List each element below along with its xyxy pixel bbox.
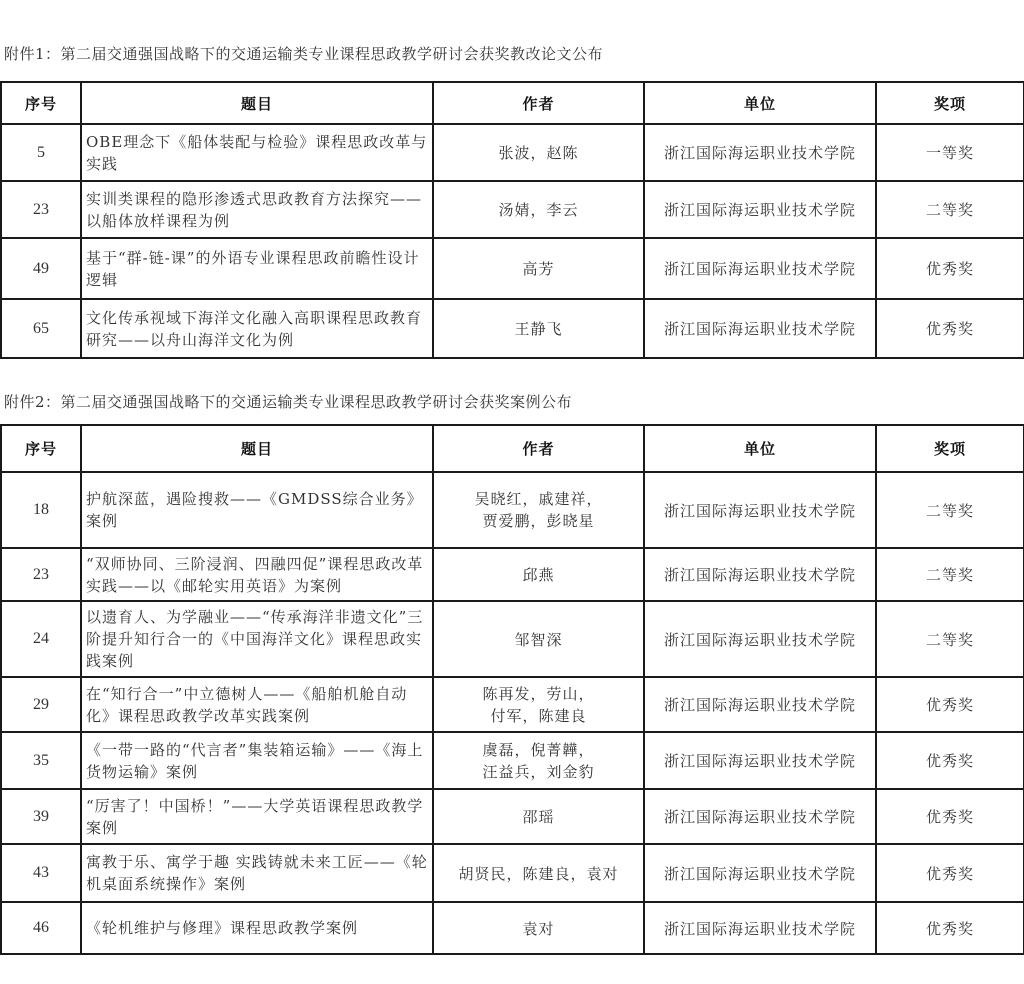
- cell-award: 优秀奖: [876, 902, 1024, 954]
- header-award: 奖项: [876, 425, 1024, 472]
- author-line: 吴晓红，戚建祥，: [438, 488, 639, 510]
- cell-authors: 虞磊，倪菁韡， 汪益兵，刘金豹: [433, 732, 644, 789]
- cell-unit: 浙江国际海运职业技术学院: [644, 124, 876, 181]
- cell-no: 5: [1, 124, 81, 181]
- cell-award: 二等奖: [876, 601, 1024, 677]
- cell-title: OBE理念下《船体装配与检验》课程思政改革与实践: [81, 124, 433, 181]
- header-title: 题目: [81, 425, 433, 472]
- cell-award: 二等奖: [876, 472, 1024, 548]
- author-line: 贾爱鹏，彭晓星: [438, 510, 639, 532]
- cell-award: 优秀奖: [876, 238, 1024, 299]
- table-row: 49 基于“群-链-课”的外语专业课程思政前瞻性设计逻辑 高芳 浙江国际海运职业…: [1, 238, 1024, 299]
- cell-title: 实训类课程的隐形渗透式思政教育方法探究——以船体放样课程为例: [81, 181, 433, 238]
- cell-award: 优秀奖: [876, 789, 1024, 844]
- table-row: 65 文化传承视域下海洋文化融入高职课程思政教育研究——以舟山海洋文化为例 王静…: [1, 299, 1024, 358]
- cell-no: 29: [1, 677, 81, 732]
- cell-unit: 浙江国际海运职业技术学院: [644, 181, 876, 238]
- cell-authors: 邵瑶: [433, 789, 644, 844]
- cell-title: “厉害了！中国桥！”——大学英语课程思政教学案例: [81, 789, 433, 844]
- cell-authors: 高芳: [433, 238, 644, 299]
- table-row: 43 寓教于乐、寓学于趣 实践铸就未来工匠——《轮机桌面系统操作》案例 胡贤民，…: [1, 844, 1024, 902]
- table-row: 18 护航深蓝，遇险搜救——《GMDSS综合业务》案例 吴晓红，戚建祥， 贾爱鹏…: [1, 472, 1024, 548]
- cell-award: 优秀奖: [876, 677, 1024, 732]
- cell-authors: 袁对: [433, 902, 644, 954]
- table-row: 46 《轮机维护与修理》课程思政教学案例 袁对 浙江国际海运职业技术学院 优秀奖: [1, 902, 1024, 954]
- cell-title: 以遗育人、为学融业——“传承海洋非遗文化”三阶提升知行合一的《中国海洋文化》课程…: [81, 601, 433, 677]
- table-row: 35 《一带一路的“代言者”集装箱运输》——《海上货物运输》案例 虞磊，倪菁韡，…: [1, 732, 1024, 789]
- header-no: 序号: [1, 82, 81, 124]
- header-unit: 单位: [644, 82, 876, 124]
- cell-unit: 浙江国际海运职业技术学院: [644, 732, 876, 789]
- author-line: 虞磊，倪菁韡，: [438, 739, 639, 761]
- cell-authors: 张波，赵陈: [433, 124, 644, 181]
- cell-authors: 王静飞: [433, 299, 644, 358]
- cell-award: 二等奖: [876, 548, 1024, 601]
- cell-unit: 浙江国际海运职业技术学院: [644, 472, 876, 548]
- cell-award: 一等奖: [876, 124, 1024, 181]
- table-row: 5 OBE理念下《船体装配与检验》课程思政改革与实践 张波，赵陈 浙江国际海运职…: [1, 124, 1024, 181]
- header-no: 序号: [1, 425, 81, 472]
- cell-title: “双师协同、三阶浸润、四融四促”课程思政改革实践——以《邮轮实用英语》为案例: [81, 548, 433, 601]
- table2-caption: 附件2：第二届交通强国战略下的交通运输类专业课程思政教学研讨会获奖案例公布: [4, 391, 572, 412]
- cell-no: 46: [1, 902, 81, 954]
- cell-no: 23: [1, 548, 81, 601]
- header-author: 作者: [433, 82, 644, 124]
- cell-award: 优秀奖: [876, 732, 1024, 789]
- cell-no: 49: [1, 238, 81, 299]
- cell-title: 《轮机维护与修理》课程思政教学案例: [81, 902, 433, 954]
- cell-unit: 浙江国际海运职业技术学院: [644, 299, 876, 358]
- cell-authors: 吴晓红，戚建祥， 贾爱鹏，彭晓星: [433, 472, 644, 548]
- cell-authors: 陈再发，劳山， 付军，陈建良: [433, 677, 644, 732]
- cell-unit: 浙江国际海运职业技术学院: [644, 844, 876, 902]
- table-row: 29 在“知行合一”中立德树人——《船舶机舱自动化》课程思政教学改革实践案例 陈…: [1, 677, 1024, 732]
- table-row: 24 以遗育人、为学融业——“传承海洋非遗文化”三阶提升知行合一的《中国海洋文化…: [1, 601, 1024, 677]
- cell-no: 24: [1, 601, 81, 677]
- cell-authors: 邱燕: [433, 548, 644, 601]
- cell-award: 优秀奖: [876, 299, 1024, 358]
- cell-title: 在“知行合一”中立德树人——《船舶机舱自动化》课程思政教学改革实践案例: [81, 677, 433, 732]
- table1-caption: 附件1：第二届交通强国战略下的交通运输类专业课程思政教学研讨会获奖教改论文公布: [4, 43, 603, 64]
- cell-unit: 浙江国际海运职业技术学院: [644, 789, 876, 844]
- cell-authors: 邹智深: [433, 601, 644, 677]
- table-row: 23 “双师协同、三阶浸润、四融四促”课程思政改革实践——以《邮轮实用英语》为案…: [1, 548, 1024, 601]
- cell-authors: 胡贤民，陈建良，袁对: [433, 844, 644, 902]
- cell-title: 文化传承视域下海洋文化融入高职课程思政教育研究——以舟山海洋文化为例: [81, 299, 433, 358]
- table-header-row: 序号 题目 作者 单位 奖项: [1, 82, 1024, 124]
- table-row: 39 “厉害了！中国桥！”——大学英语课程思政教学案例 邵瑶 浙江国际海运职业技…: [1, 789, 1024, 844]
- cell-unit: 浙江国际海运职业技术学院: [644, 677, 876, 732]
- author-line: 陈再发，劳山，: [438, 683, 639, 705]
- cell-unit: 浙江国际海运职业技术学院: [644, 548, 876, 601]
- cell-no: 18: [1, 472, 81, 548]
- author-line: 付军，陈建良: [438, 705, 639, 727]
- header-unit: 单位: [644, 425, 876, 472]
- cell-title: 基于“群-链-课”的外语专业课程思政前瞻性设计逻辑: [81, 238, 433, 299]
- table-row: 23 实训类课程的隐形渗透式思政教育方法探究——以船体放样课程为例 汤婧，李云 …: [1, 181, 1024, 238]
- cell-no: 65: [1, 299, 81, 358]
- cell-award: 优秀奖: [876, 844, 1024, 902]
- papers-award-table: 序号 题目 作者 单位 奖项 5 OBE理念下《船体装配与检验》课程思政改革与实…: [0, 81, 1024, 359]
- cell-unit: 浙江国际海运职业技术学院: [644, 238, 876, 299]
- cell-award: 二等奖: [876, 181, 1024, 238]
- header-title: 题目: [81, 82, 433, 124]
- table-header-row: 序号 题目 作者 单位 奖项: [1, 425, 1024, 472]
- cell-unit: 浙江国际海运职业技术学院: [644, 601, 876, 677]
- header-author: 作者: [433, 425, 644, 472]
- author-line: 汪益兵，刘金豹: [438, 761, 639, 783]
- cases-award-table: 序号 题目 作者 单位 奖项 18 护航深蓝，遇险搜救——《GMDSS综合业务》…: [0, 424, 1024, 955]
- cell-title: 护航深蓝，遇险搜救——《GMDSS综合业务》案例: [81, 472, 433, 548]
- cell-no: 43: [1, 844, 81, 902]
- cell-no: 23: [1, 181, 81, 238]
- cell-no: 39: [1, 789, 81, 844]
- header-award: 奖项: [876, 82, 1024, 124]
- cell-no: 35: [1, 732, 81, 789]
- cell-authors: 汤婧，李云: [433, 181, 644, 238]
- cell-title: 寓教于乐、寓学于趣 实践铸就未来工匠——《轮机桌面系统操作》案例: [81, 844, 433, 902]
- cell-unit: 浙江国际海运职业技术学院: [644, 902, 876, 954]
- cell-title: 《一带一路的“代言者”集装箱运输》——《海上货物运输》案例: [81, 732, 433, 789]
